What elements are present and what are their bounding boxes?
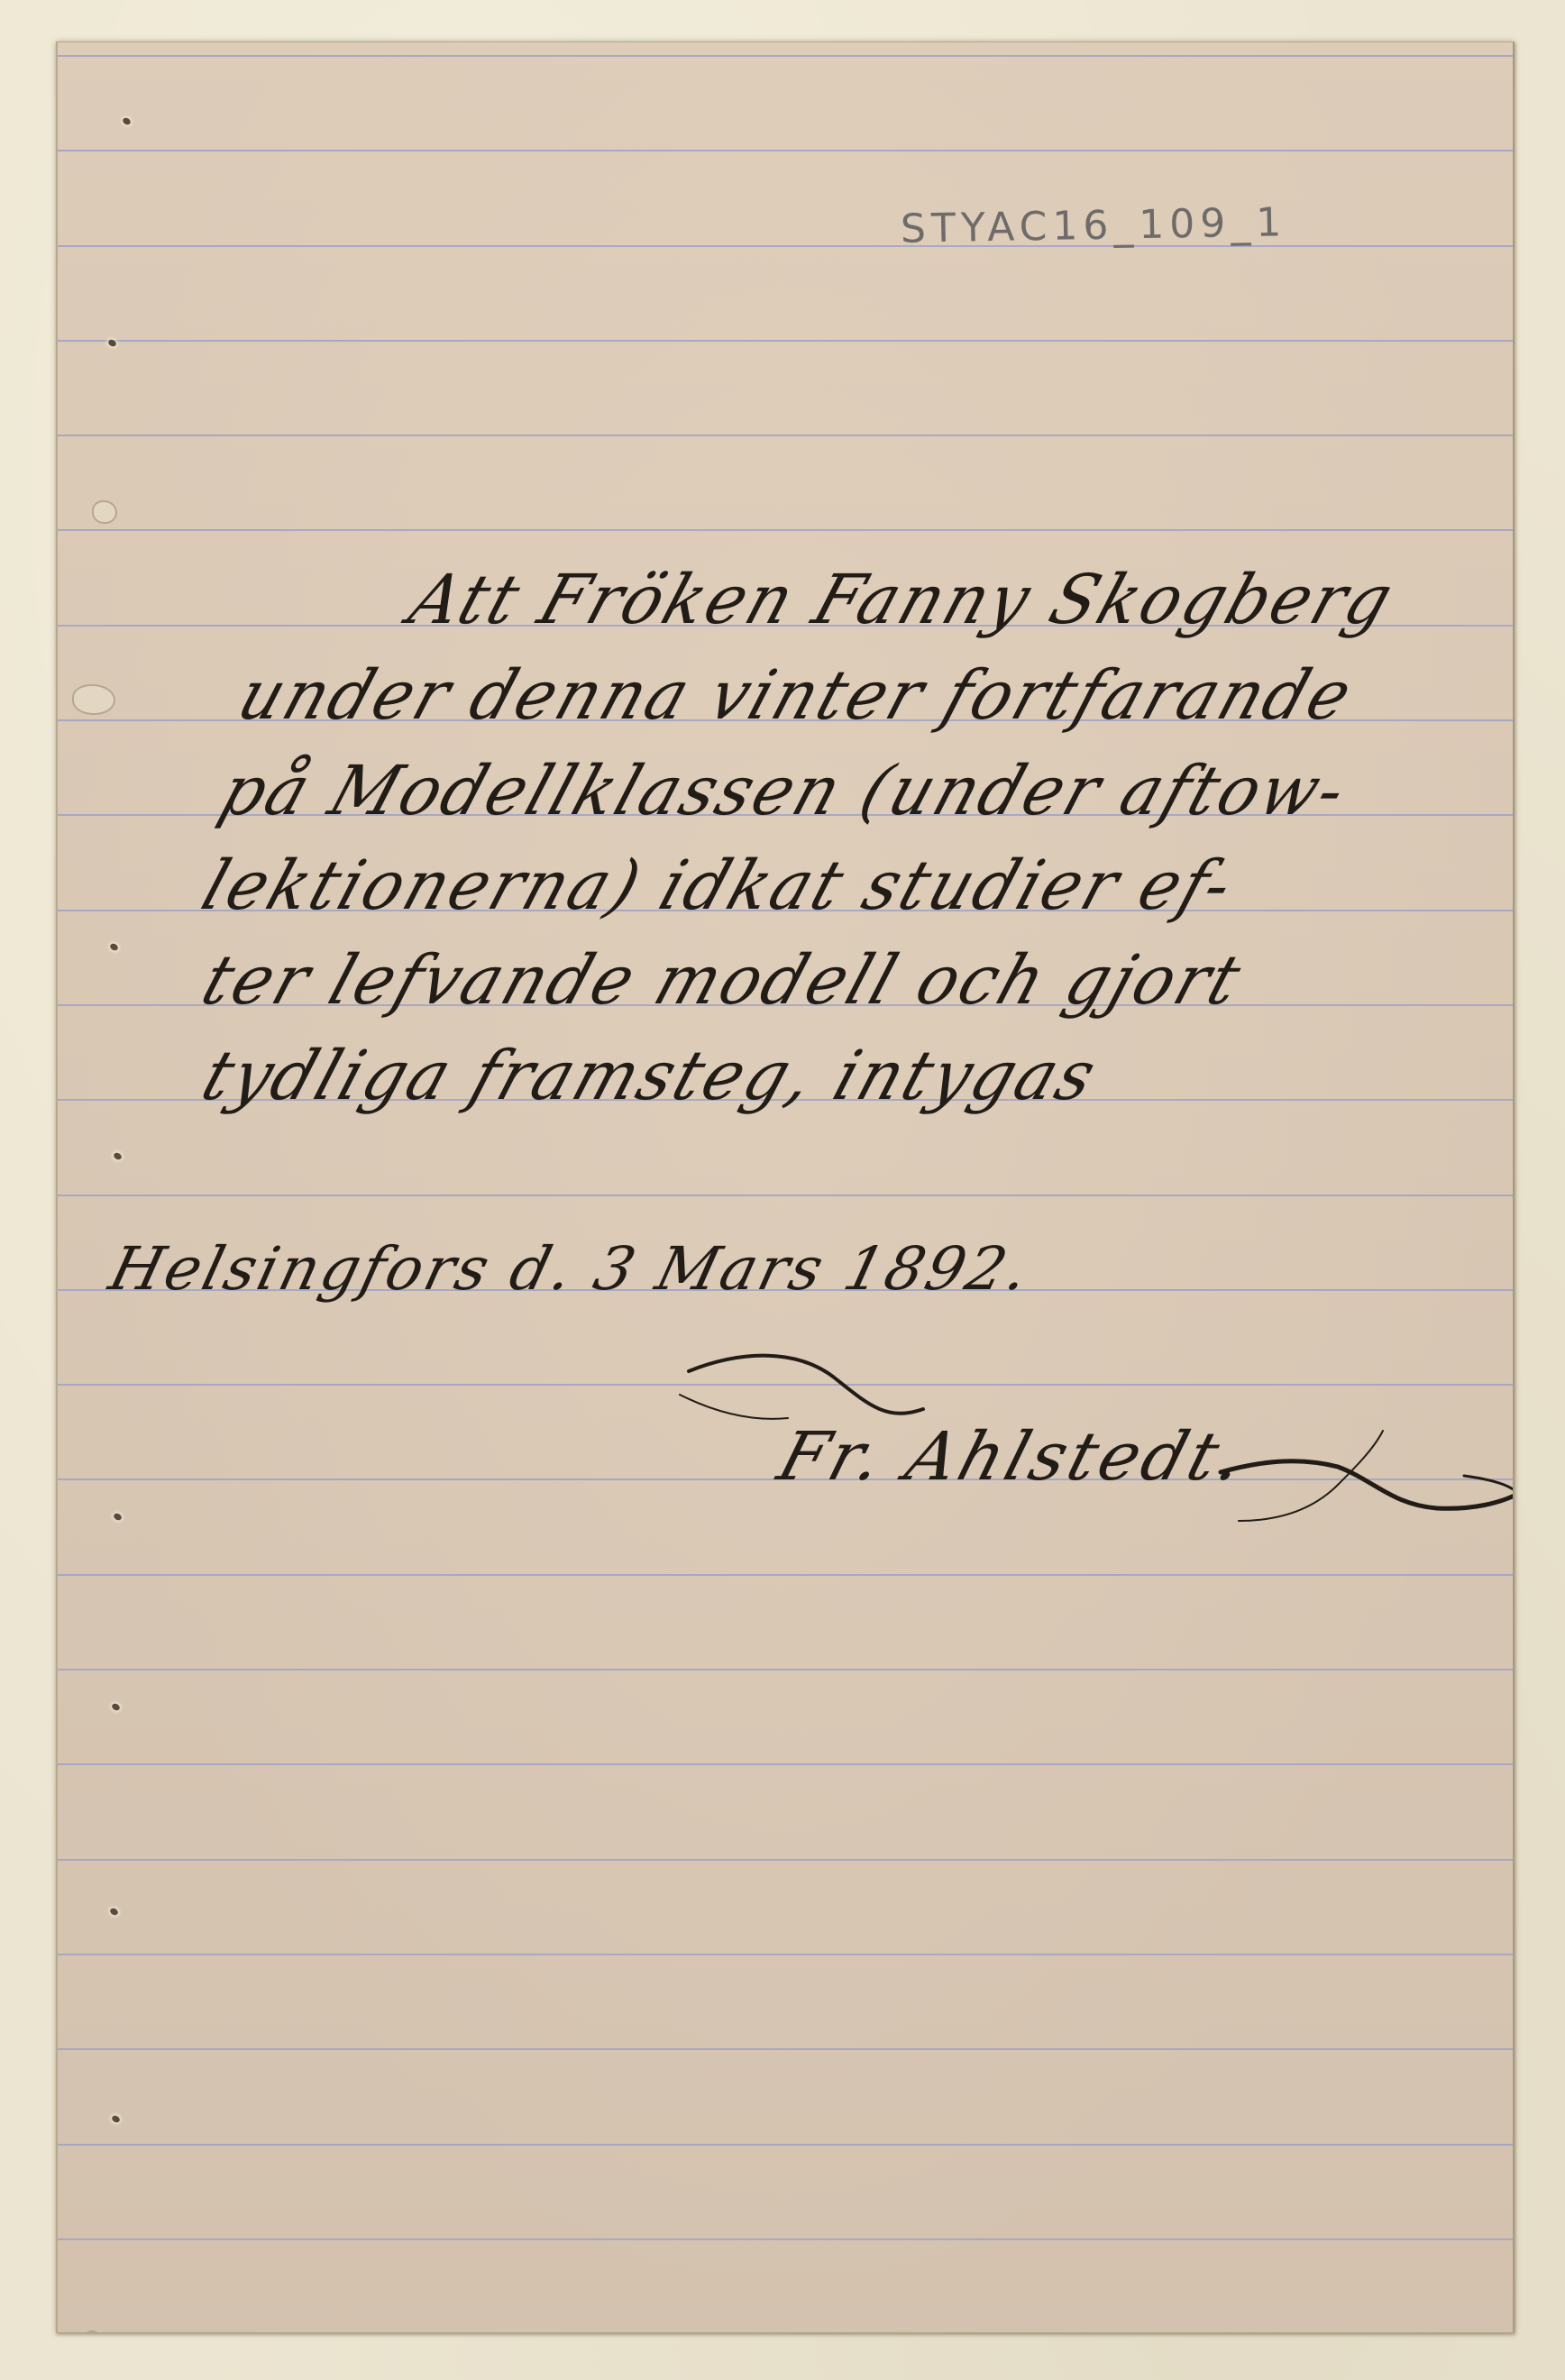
pinhole-mark [113,1512,123,1522]
handwritten-line: under denna vinter fortfarande [229,655,1364,735]
ruling-line [58,529,1513,531]
handwritten-line: Att Fröken Fanny Skogberg [400,560,1405,639]
handwritten-line: tydliga framsteg, intygas [193,1036,1108,1115]
paper-damage-mark [92,500,117,524]
document-sheet: STYAC16_109_1 Att Fröken Fanny Skogberg … [56,41,1515,2333]
ruling-line [58,1859,1513,1861]
pinhole-mark [109,1907,119,1917]
paper-damage-mark [85,2330,101,2333]
ruling-line [58,2048,1513,2050]
ruling-line [58,1763,1513,1765]
signature-flourish-icon [58,42,1513,2332]
pinhole-mark [113,1151,123,1161]
ruling-line [58,1954,1513,1955]
ruling-line [58,1384,1513,1386]
signature: Fr. Ahlstedt. [770,1418,1256,1496]
ruling-line [58,435,1513,436]
archive-reference-pencil: STYAC16_109_1 [901,199,1287,252]
paper-damage-mark [72,684,115,715]
pinhole-mark [111,2114,121,2124]
ruling-line [58,2238,1513,2240]
ruling-line [58,1195,1513,1196]
ruling-line [58,1669,1513,1671]
ruling-line [58,55,1513,57]
ruling-line [58,2144,1513,2146]
ruling-line [58,1574,1513,1576]
ruling-line [58,340,1513,342]
pinhole-mark [111,1702,121,1712]
handwritten-line: lektionerna) idkat studier ef- [193,846,1245,925]
handwritten-line: på Modellklassen (under aftow- [211,751,1358,830]
pinhole-mark [109,942,119,952]
place-date-line: Helsingfors d. 3 Mars 1892. [103,1234,1039,1304]
handwritten-line: ter lefvande modell och gjort [193,940,1253,1020]
ruling-line [58,245,1513,247]
pinhole-mark [122,116,132,126]
ruling-line [58,150,1513,151]
